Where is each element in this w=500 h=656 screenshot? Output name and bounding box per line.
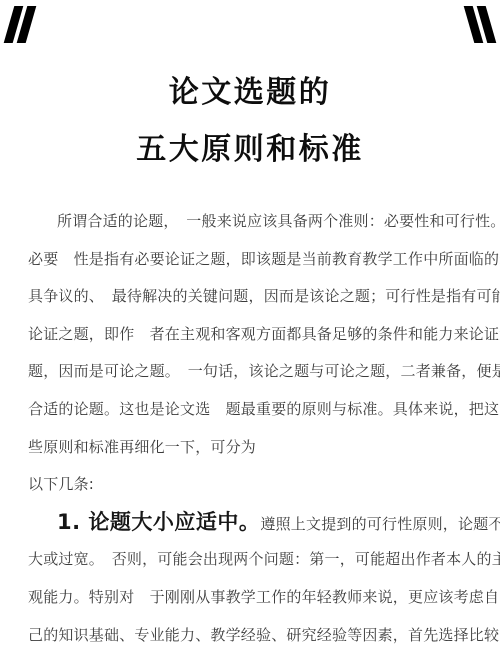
section-heading: 1. 论题大小应适中。 <box>57 510 260 534</box>
body-line: 所谓合适的论题， 一般来说应该具备两个准则：必要性和可行性。 <box>28 203 473 241</box>
body-line: 大或过宽。 否则，可能会出现两个问题：第一，可能超出作者本人的主 <box>28 541 473 579</box>
body-line: 己的知识基础、专业能力、教学经验、研究经验等因素，首先选择比较 <box>28 617 473 655</box>
section-heading-rest: 遵照上文提到的可行性原则，论题不宜过 <box>260 515 500 533</box>
body-line: 必要 性是指有必要论证之题，即该题是当前教育教学工作中所面临的最 <box>28 241 473 279</box>
section-heading-line: 1. 论题大小应适中。遵照上文提到的可行性原则，论题不宜过 <box>28 504 473 542</box>
body-line: 些原则和标准再细化一下，可分为 <box>28 429 473 467</box>
corner-mark-right-icon <box>466 6 493 43</box>
page-title-line-2: 五大原则和标准 <box>0 121 500 178</box>
document-body: 所谓合适的论题， 一般来说应该具备两个准则：必要性和可行性。 必要 性是指有必要… <box>0 203 500 654</box>
body-line: 以下几条: <box>28 466 473 504</box>
body-line: 题，因而是可论之题。 一句话，该论之题与可论之题，二者兼备，便是 <box>28 353 473 391</box>
corner-mark-left-icon <box>7 6 34 43</box>
page-title: 论文选题的 五大原则和标准 <box>0 64 500 178</box>
body-line: 具争议的、 最待解决的关键问题，因而是该论之题；可行性是指有可能 <box>28 278 473 316</box>
document-page: 论文选题的 五大原则和标准 所谓合适的论题， 一般来说应该具备两个准则：必要性和… <box>0 0 500 656</box>
body-line: 论证之题，即作 者在主观和客观方面都具备足够的条件和能力来论证选 <box>28 316 473 354</box>
page-title-line-1: 论文选题的 <box>0 64 500 121</box>
body-line: 观能力。特别对 于刚刚从事教学工作的年轻教师来说，更应该考虑自 <box>28 579 473 617</box>
body-line: 合适的论题。这也是论文选 题最重要的原则与标准。具体来说，把这 <box>28 391 473 429</box>
